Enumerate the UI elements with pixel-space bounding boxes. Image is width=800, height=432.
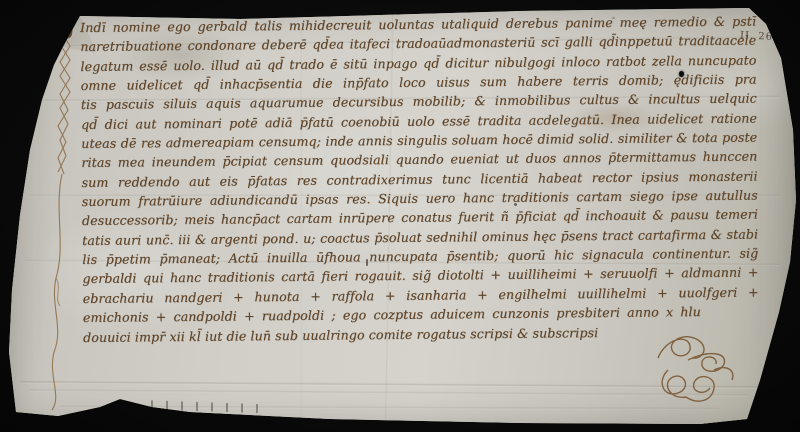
ink-speck [612, 17, 615, 19]
parchment-hole [679, 71, 684, 77]
folio-number-red: 52 [45, 16, 62, 31]
manuscript-text-block: Indī nomine ego gerbald talis mihidecreu… [80, 12, 759, 347]
ink-speck [366, 259, 368, 266]
margin-stitching-zigzag [44, 10, 80, 420]
bottom-edge-fringe [138, 400, 258, 413]
fold-line [30, 388, 750, 396]
scribal-monogram-flourish [648, 330, 743, 408]
parchment-document: 52 II. 26 ʃ Indī nomine ego gerbald tali… [0, 0, 800, 432]
photo-background: 52 II. 26 ʃ Indī nomine ego gerbald tali… [0, 0, 800, 432]
ink-speck [514, 203, 517, 206]
manuscript-line: douuici impr̄ xii kl̄ iut die lun̄ sub u… [83, 323, 567, 347]
